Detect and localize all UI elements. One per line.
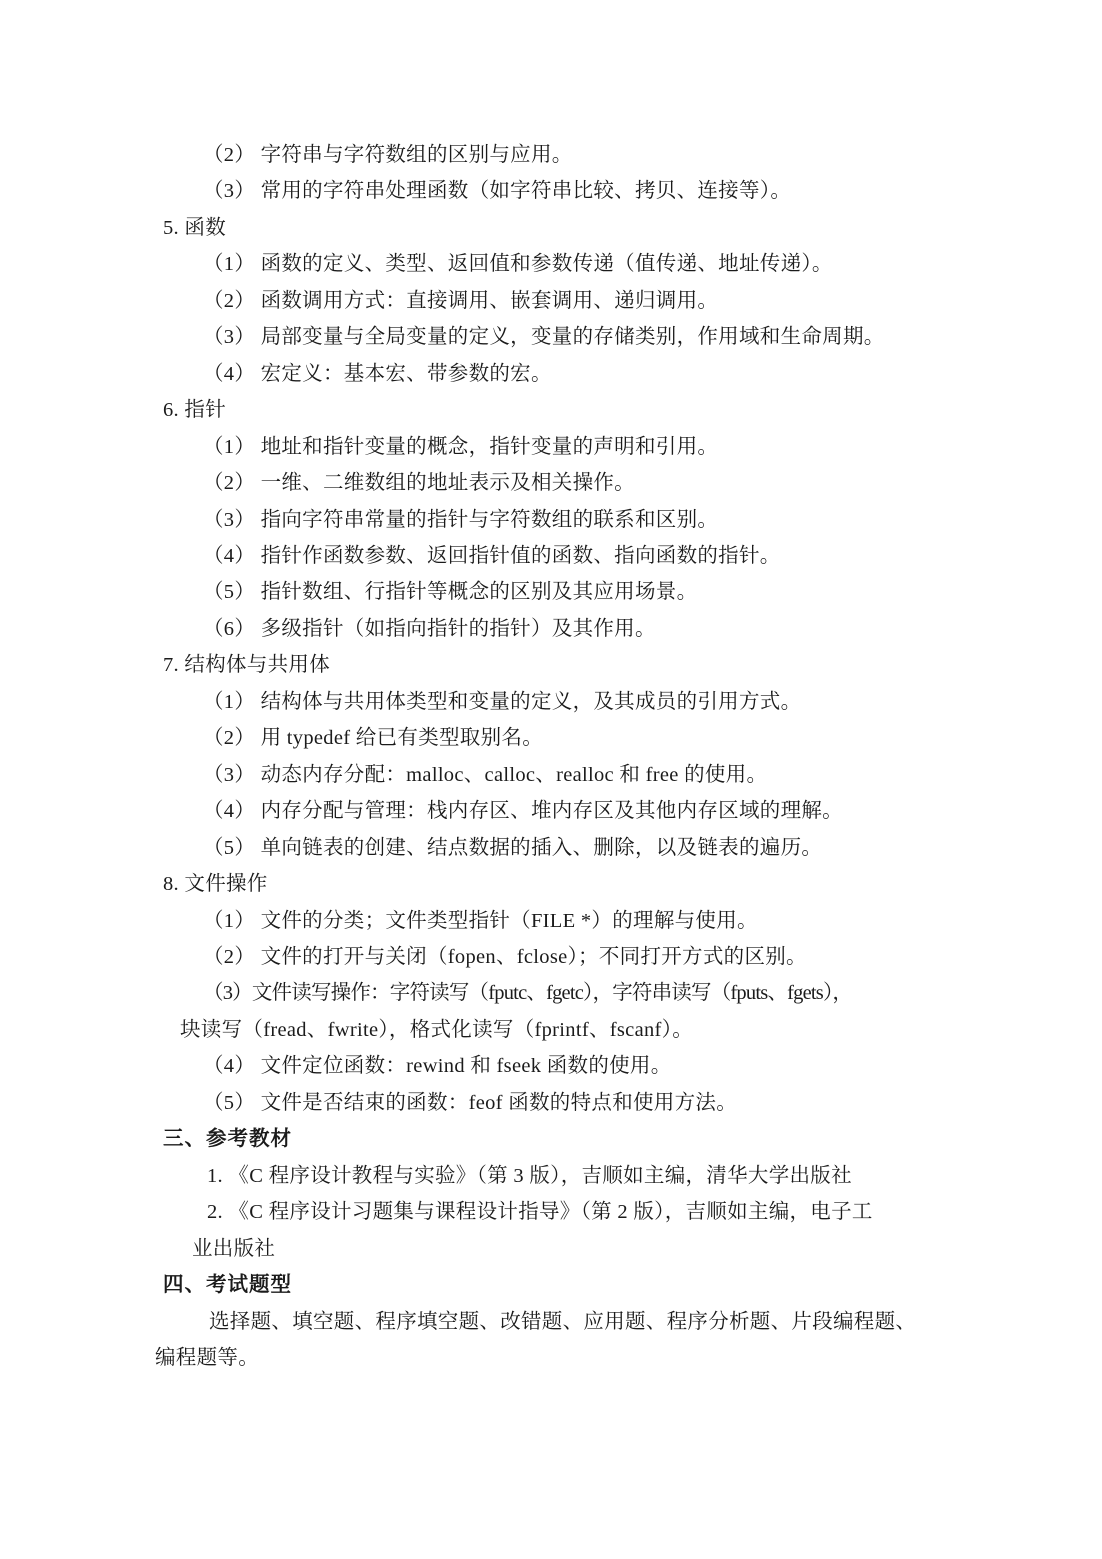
outline-subitem-files-3-continuation: 块读写（fread、fwrite），格式化读写（fprintf、fscanf）。: [155, 1012, 965, 1048]
outline-subitem-functions-2: （2） 函数调用方式：直接调用、嵌套调用、递归调用。: [155, 283, 965, 319]
textbook-list-item-2-continuation: 业出版社: [155, 1231, 965, 1267]
outline-item-functions: 5. 函数: [155, 210, 965, 246]
outline-subitem-pointers-3: （3） 指向字符串常量的指针与字符数组的联系和区别。: [155, 502, 965, 538]
outline-subitem-pointers-1: （1） 地址和指针变量的概念，指针变量的声明和引用。: [155, 429, 965, 465]
document-page: （2） 字符串与字符数组的区别与应用。 （3） 常用的字符串处理函数（如字符串比…: [155, 137, 965, 1376]
outline-item-file-operations: 8. 文件操作: [155, 866, 965, 902]
outline-subitem-functions-3: （3） 局部变量与全局变量的定义，变量的存储类别，作用域和生命周期。: [155, 319, 965, 355]
section-heading-reference-textbooks: 三、参考教材: [155, 1121, 965, 1157]
outline-subitem-structs-2: （2） 用 typedef 给已有类型取别名。: [155, 720, 965, 756]
outline-item-structs-unions: 7. 结构体与共用体: [155, 647, 965, 683]
outline-subitem-structs-3: （3） 动态内存分配：malloc、calloc、realloc 和 free …: [155, 757, 965, 793]
outline-subitem-functions-1: （1） 函数的定义、类型、返回值和参数传递（值传递、地址传递）。: [155, 246, 965, 282]
outline-subitem-pointers-2: （2） 一维、二维数组的地址表示及相关操作。: [155, 465, 965, 501]
outline-subitem-pointers-5: （5） 指针数组、行指针等概念的区别及其应用场景。: [155, 574, 965, 610]
outline-subitem-structs-4: （4） 内存分配与管理：栈内存区、堆内存区及其他内存区域的理解。: [155, 793, 965, 829]
outline-subitem-structs-1: （1） 结构体与共用体类型和变量的定义，及其成员的引用方式。: [155, 684, 965, 720]
outline-subitem-files-2: （2） 文件的打开与关闭（fopen、fclose）；不同打开方式的区别。: [155, 939, 965, 975]
textbook-list-item-2: 2. 《C 程序设计习题集与课程设计指导》（第 2 版），吉顺如主编，电子工: [155, 1194, 965, 1230]
exam-types-paragraph-line-2: 编程题等。: [155, 1340, 965, 1376]
section-heading-exam-question-types: 四、考试题型: [155, 1267, 965, 1303]
outline-subitem-files-5: （5） 文件是否结束的函数：feof 函数的特点和使用方法。: [155, 1085, 965, 1121]
outline-subitem-functions-4: （4） 宏定义：基本宏、带参数的宏。: [155, 356, 965, 392]
outline-subitem-files-1: （1） 文件的分类；文件类型指针（FILE *）的理解与使用。: [155, 903, 965, 939]
outline-subitem-files-3: （3）文件读写操作：字符读写（fputc、fgetc），字符串读写（fputs、…: [155, 975, 965, 1011]
outline-subitem-pointers-4: （4） 指针作函数参数、返回指针值的函数、指向函数的指针。: [155, 538, 965, 574]
outline-subitem-strings-3: （3） 常用的字符串处理函数（如字符串比较、拷贝、连接等）。: [155, 173, 965, 209]
outline-item-pointers: 6. 指针: [155, 392, 965, 428]
textbook-list-item-1: 1. 《C 程序设计教程与实验》（第 3 版），吉顺如主编，清华大学出版社: [155, 1158, 965, 1194]
exam-types-paragraph-line-1: 选择题、填空题、程序填空题、改错题、应用题、程序分析题、片段编程题、: [155, 1304, 965, 1340]
outline-subitem-pointers-6: （6） 多级指针（如指向指针的指针）及其作用。: [155, 611, 965, 647]
outline-subitem-files-4: （4） 文件定位函数：rewind 和 fseek 函数的使用。: [155, 1048, 965, 1084]
outline-subitem-strings-2: （2） 字符串与字符数组的区别与应用。: [155, 137, 965, 173]
outline-subitem-structs-5: （5） 单向链表的创建、结点数据的插入、删除，以及链表的遍历。: [155, 830, 965, 866]
